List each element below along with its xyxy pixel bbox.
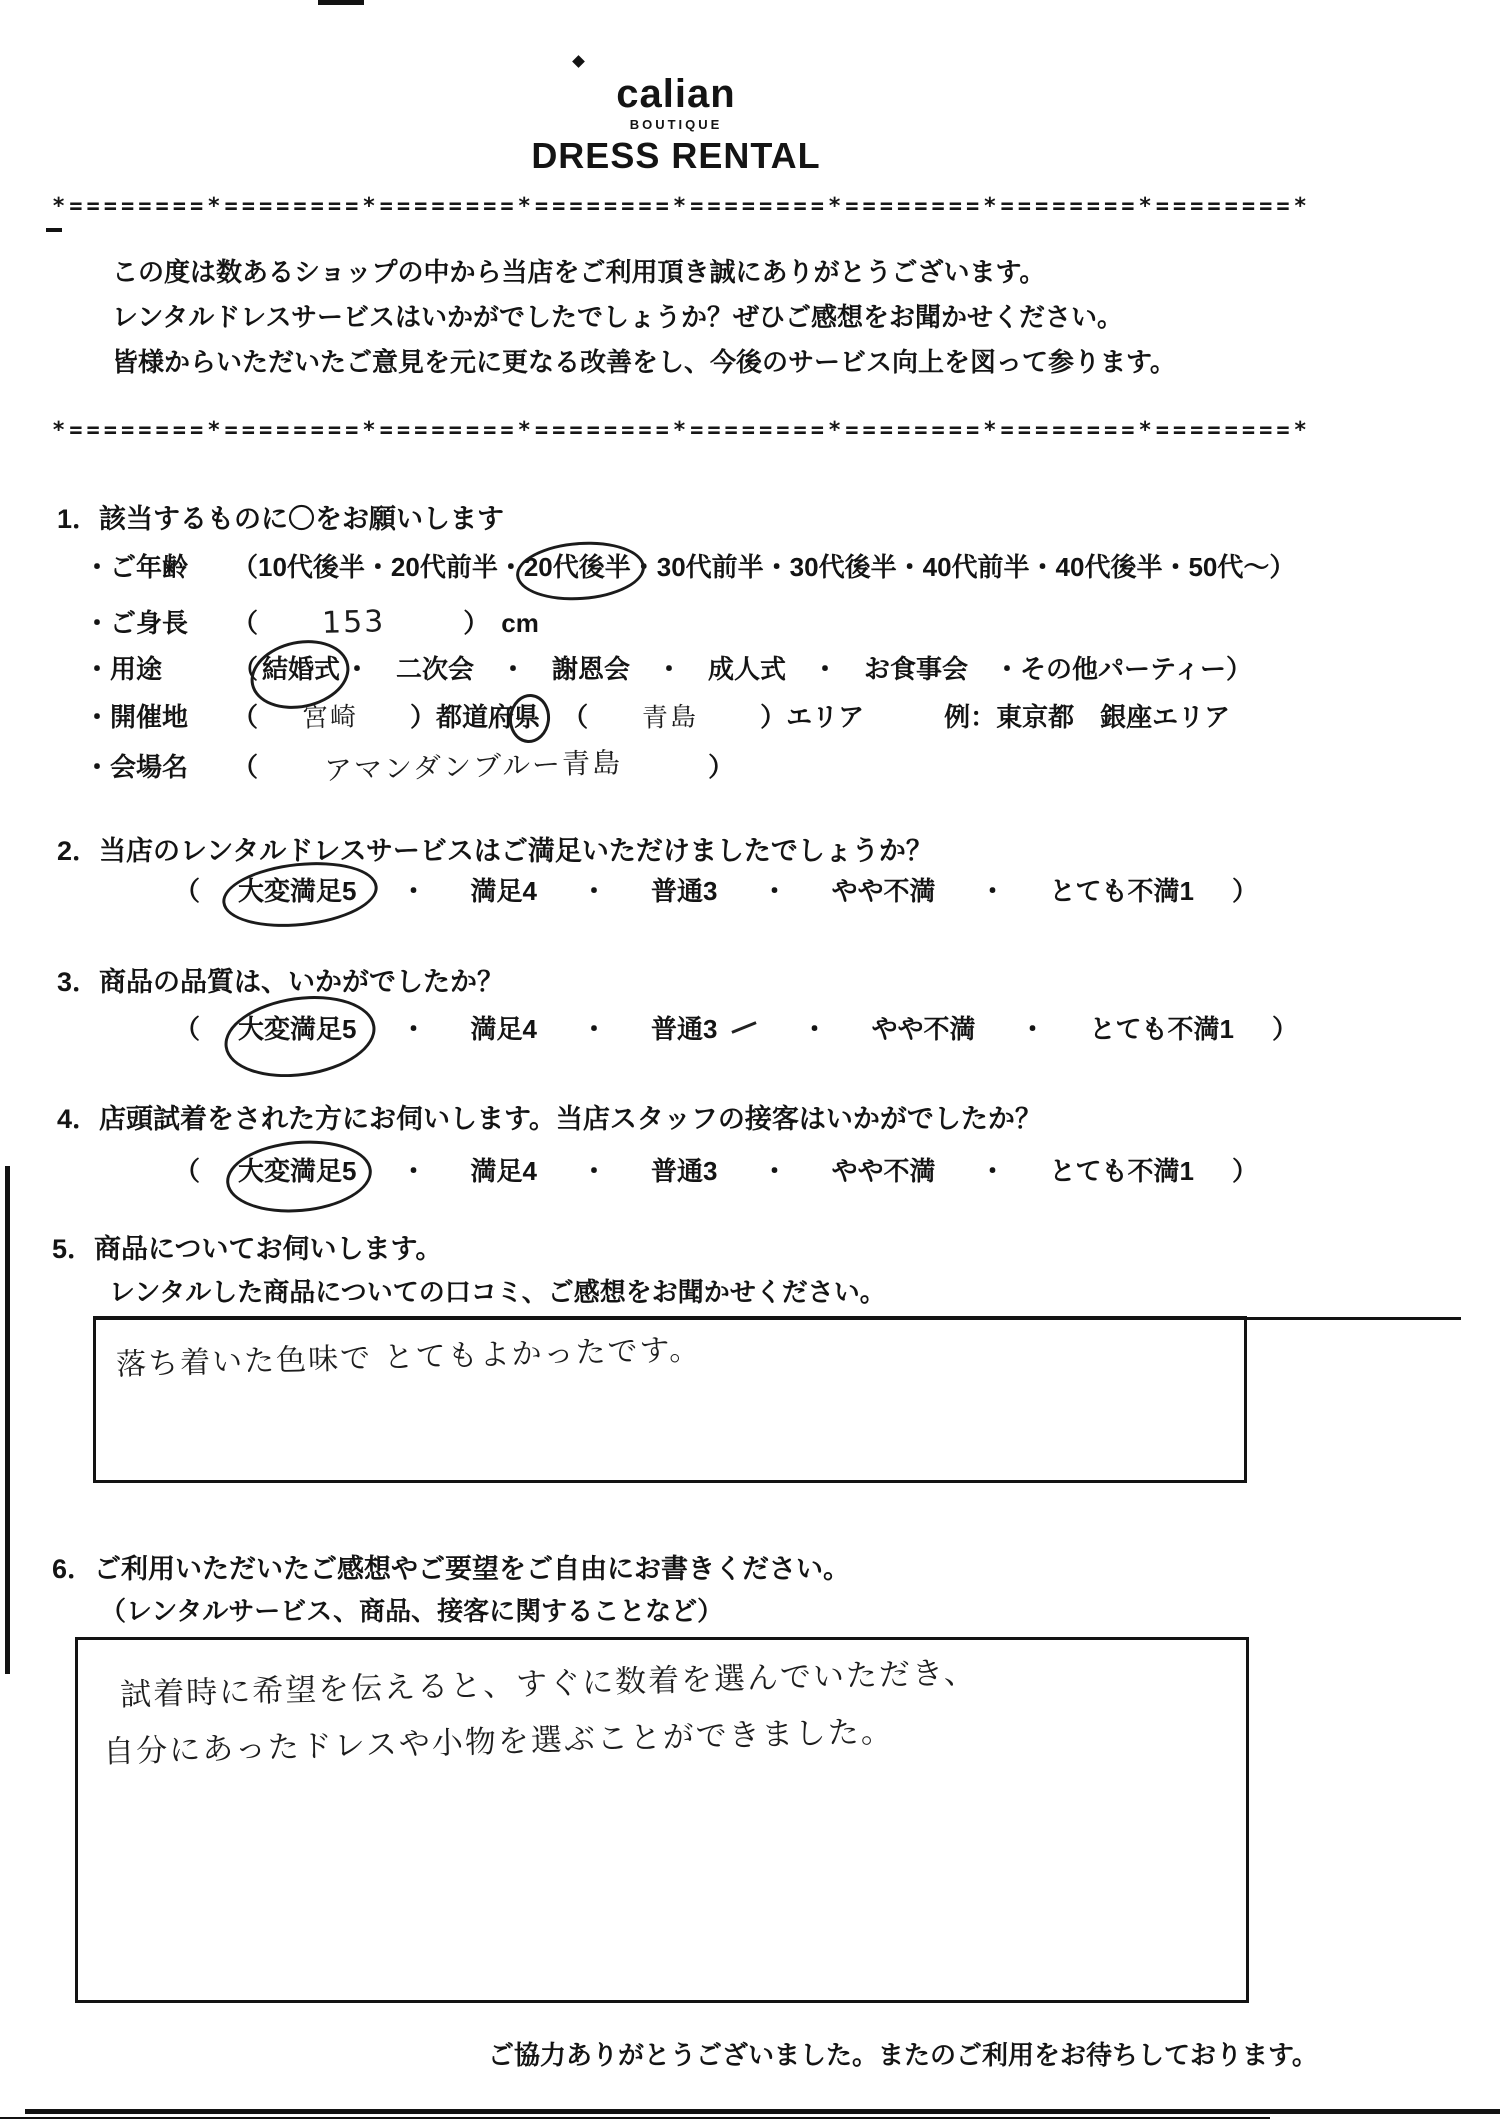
q3-option: 普通3 — [651, 1009, 717, 1046]
open-paren: （ — [174, 871, 200, 908]
q4-option: とても不満1 — [1050, 1151, 1194, 1188]
q1-purpose-options-post: ・ 二次会 ・ 謝恩会 ・ 成人式 ・ お食事会 ・その他パーティー） — [344, 654, 1252, 684]
q1-age-label: ・ご年齢 — [84, 547, 232, 584]
q4-heading: 4．店頭試着をされた方にお伺いします。当店スタッフの接客はいかがでしたか？ — [57, 1097, 1042, 1136]
dot-separator: ・ — [801, 1009, 827, 1046]
q4-option: やや不満 — [831, 1151, 935, 1188]
q4-option: 満足4 — [471, 1151, 537, 1188]
q1-purpose-label: ・用途 — [84, 649, 232, 686]
dot-separator: ・ — [979, 1151, 1005, 1188]
q3-selected-option: 大変満足5 — [238, 1009, 356, 1046]
q5-subtext: レンタルした商品についての口コミ、ご感想をお聞かせください。 — [109, 1272, 886, 1309]
q6-subtext: （レンタルサービス、商品、接客に関することなど） — [100, 1591, 723, 1628]
q6-heading: 6．ご利用いただいたご感想やご要望をご自由にお書きください。 — [52, 1547, 850, 1586]
open-paren: （ — [562, 702, 588, 732]
q3-heading: 3．商品の品質は、いかがでしたか？ — [57, 960, 504, 999]
page-title: DRESS RENTAL — [0, 135, 1352, 177]
scan-artifact-box5-topline — [1241, 1317, 1461, 1320]
diamond-dot-icon — [572, 55, 585, 68]
q5-heading: 5．商品についてお伺いします。 — [52, 1227, 442, 1266]
q1-age-options-post: ・30代前半・30代後半・40代前半・40代後半・50代～） — [631, 552, 1296, 582]
scan-artifact-bottom-line — [25, 2109, 1500, 2114]
close-paren: ） — [463, 608, 489, 638]
intro-line: 皆様からいただいたご意見を元に更なる改善をし、今後のサービス向上を図って参ります… — [112, 340, 1176, 385]
dot-separator: ・ — [400, 1009, 426, 1046]
q1-venue-handwritten: アマンダンブルー青島 — [324, 741, 623, 789]
intro-line: この度は数あるショップの中から当店をご利用頂き誠にありがとうございます。 — [112, 250, 1176, 295]
q1-purpose-row: ・用途（結婚式・ 二次会 ・ 謝恩会 ・ 成人式 ・ お食事会 ・その他パーティ… — [84, 649, 1252, 686]
q1-place-row: ・開催地（宮崎）都道府県（青島）エリア例：東京都 銀座エリア — [84, 697, 1230, 734]
q3-options-row: （ 大変満足5 ・ 満足4 ・ 普通3 ・ やや不満 ・ とても不満1 ） — [174, 1009, 1298, 1046]
open-paren: （ — [232, 702, 258, 732]
close-paren: ） — [708, 752, 734, 782]
q2-selected-option: 大変満足5 — [238, 871, 356, 908]
divider-line-bottom: *========*========*========*========*===… — [52, 418, 1348, 443]
open-paren: （ — [232, 752, 258, 782]
footer-thanks-text: ご協力ありがとうございました。またのご利用をお待ちしております。 — [488, 2035, 1318, 2072]
dot-separator: ・ — [400, 1151, 426, 1188]
q2-option: 普通3 — [651, 871, 717, 908]
scan-artifact-top-dash — [318, 0, 364, 5]
q1-area-handwritten: 青島 — [642, 696, 699, 734]
brand-subtitle: BOUTIQUE — [0, 117, 1352, 132]
scan-artifact-pen-slash — [732, 1021, 757, 1034]
q2-options-row: （ 大変満足5 ・ 満足4 ・ 普通3 ・ やや不満 ・ とても不満1 ） — [174, 871, 1258, 908]
q1-height-label: ・ご身長 — [84, 603, 232, 640]
dot-separator: ・ — [581, 1151, 607, 1188]
q2-option: やや不満 — [831, 871, 935, 908]
q1-age-options-pre: （10代後半・20代前半・ — [232, 552, 524, 582]
dot-separator: ・ — [581, 1009, 607, 1046]
q4-option: 普通3 — [651, 1151, 717, 1188]
q3-option: とても不満1 — [1090, 1009, 1234, 1046]
dot-separator: ・ — [1019, 1009, 1045, 1046]
open-paren: （ — [174, 1151, 200, 1188]
divider-line-top: *========*========*========*========*===… — [52, 194, 1348, 219]
brand-logo: calian — [0, 72, 1352, 117]
intro-line: レンタルドレスサービスはいかがでしたでしょうか？ぜひご感想をお聞かせください。 — [112, 295, 1176, 340]
scan-artifact-stray-dash — [46, 228, 62, 232]
q1-prefecture-handwritten: 宮崎 — [302, 696, 359, 734]
scan-artifact-left-line — [5, 1166, 10, 1674]
q1-age-selected-option: 20代後半 — [524, 547, 631, 584]
survey-scan-page: calian BOUTIQUE DRESS RENTAL *========*=… — [0, 0, 1500, 2127]
q1-place-close-text: ）エリア — [760, 702, 864, 732]
dot-separator: ・ — [761, 871, 787, 908]
q3-option: やや不満 — [871, 1009, 975, 1046]
close-paren: ） — [1272, 1009, 1298, 1046]
q2-heading: 2．当店のレンタルドレスサービスはご満足いただけましたでしょうか？ — [57, 829, 933, 868]
q1-height-handwritten-value: 153 — [322, 604, 386, 641]
q1-place-mid-text: ）都道府 — [410, 702, 514, 732]
open-paren: （ — [232, 654, 258, 684]
close-paren: ） — [1232, 871, 1258, 908]
q1-height-row: ・ご身長（153）cm — [84, 603, 539, 640]
intro-paragraph: この度は数あるショップの中から当店をご利用頂き誠にありがとうございます。 レンタ… — [112, 250, 1176, 385]
q1-purpose-selected-option: 結婚式 — [262, 649, 340, 686]
q1-venue-label: ・会場名 — [84, 747, 232, 784]
dot-separator: ・ — [761, 1151, 787, 1188]
q1-height-unit: cm — [501, 608, 539, 638]
q1-age-row: ・ご年齢（10代後半・20代前半・20代後半・30代前半・30代後半・40代前半… — [84, 547, 1295, 584]
q4-selected-option: 大変満足5 — [238, 1151, 356, 1188]
open-paren: （ — [174, 1009, 200, 1046]
q1-place-example: 例：東京都 銀座エリア — [944, 702, 1230, 732]
close-paren: ） — [1232, 1151, 1258, 1188]
q3-option: 満足4 — [471, 1009, 537, 1046]
q2-option: 満足4 — [471, 871, 537, 908]
q4-options-row: （ 大変満足5 ・ 満足4 ・ 普通3 ・ やや不満 ・ とても不満1 ） — [174, 1151, 1258, 1188]
q1-venue-row: ・会場名（アマンダンブルー青島） — [84, 745, 734, 785]
q2-option: とても不満1 — [1050, 871, 1194, 908]
q1-prefecture-char: 県 — [514, 697, 540, 734]
open-paren: （ — [232, 608, 258, 638]
scan-artifact-bottom-line-thin — [0, 2117, 1270, 2119]
dot-separator: ・ — [400, 871, 426, 908]
dot-separator: ・ — [979, 871, 1005, 908]
dot-separator: ・ — [581, 871, 607, 908]
q1-heading: 1．該当するものに〇をお願いします — [57, 497, 504, 536]
q1-place-label: ・開催地 — [84, 697, 232, 734]
